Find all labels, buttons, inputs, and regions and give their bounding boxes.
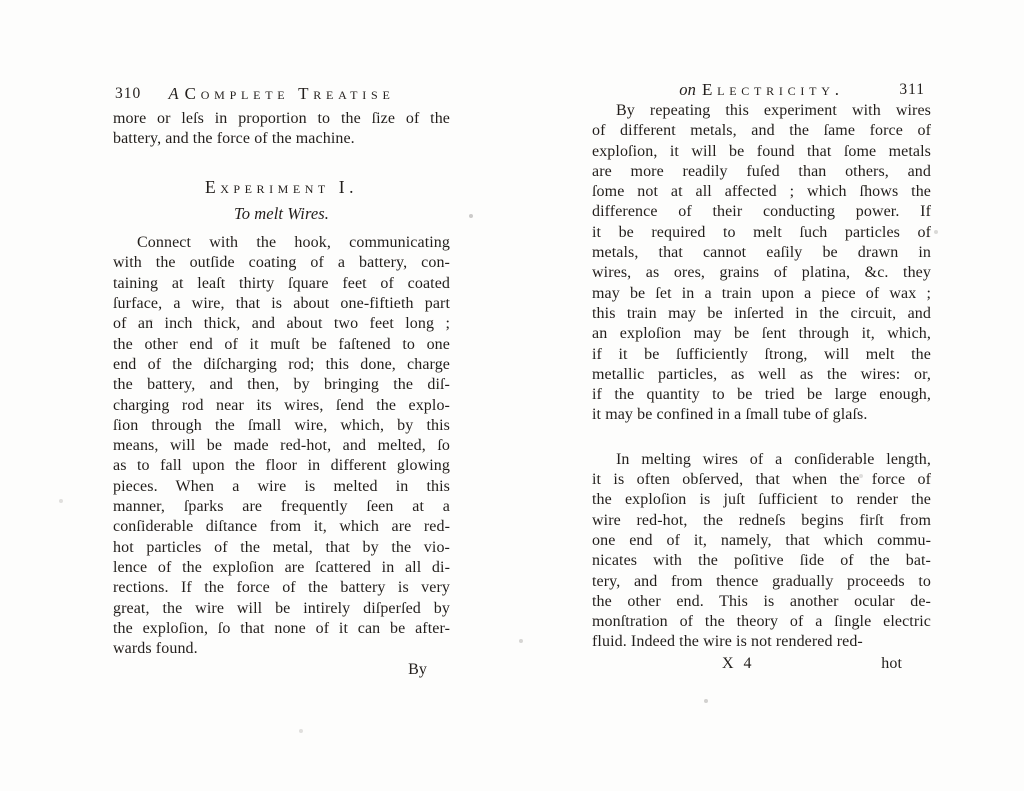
text-line: wards found. [113, 639, 450, 659]
text-line: the battery, and then, by bringing the d… [113, 375, 450, 395]
experiment-heading: Experiment I. [113, 177, 450, 197]
text-line: the exploſion, ſo that none of it can be… [113, 619, 450, 639]
right-paragraph-2: In melting wires of a conſiderable lengt… [592, 450, 931, 653]
text-line: one end of it, namely, that which commu- [592, 531, 931, 551]
right-page-number: 311 [899, 80, 925, 100]
left-main-paragraph: Connect with the hook, communicatingwith… [113, 233, 450, 659]
text-line: conſiderable diſtance from it, which are… [113, 517, 450, 537]
left-intro-paragraph: more or leſs in proportion to the ſize o… [113, 109, 450, 150]
text-line: if the quantity to be tried be large eno… [592, 385, 931, 405]
text-line: difference of their conducting power. If [592, 202, 931, 222]
right-header-title: onElectricity. [592, 80, 931, 101]
text-line: charging rod near its wires, ſend the ex… [113, 396, 450, 416]
text-line: the exploſion is juſt ſufficient to rend… [592, 490, 931, 510]
experiment-subtitle: To melt Wires. [113, 204, 450, 224]
text-line: fluid. Indeed the wire is not rendered r… [592, 632, 931, 652]
scan-speckles [0, 0, 2, 2]
text-line: manner, ſparks are frequently ſeen at a [113, 497, 450, 517]
signature-mark: X 4 [722, 654, 755, 674]
left-running-header: 310 AComplete Treatise [113, 84, 450, 104]
text-line: an exploſion may be ſent through it, whi… [592, 324, 931, 344]
text-line: rections. If the force of the battery is… [113, 578, 450, 598]
left-header-italic-word: A [168, 84, 178, 103]
text-line: Connect with the hook, communicating [113, 233, 450, 253]
text-line: metals, that cannot eaſily be drawn in [592, 243, 931, 263]
text-line: nicates with the poſitive ſide of the ba… [592, 551, 931, 571]
left-page: 310 AComplete Treatise more or leſs in p… [113, 84, 450, 681]
text-line: of different metals, and the ſame force … [592, 121, 931, 141]
left-catchword: By [113, 660, 450, 680]
text-line: lence of the exploſion are ſcattered in … [113, 558, 450, 578]
text-line: wire red-hot, the redneſs begins firſt f… [592, 511, 931, 531]
left-header-title: AComplete Treatise [113, 84, 450, 105]
right-header-italic-word: on [679, 80, 696, 99]
right-footer-line: X 4 hot [592, 654, 931, 674]
text-line: with the outſide coating of a battery, c… [113, 253, 450, 273]
text-line: metallic particles, as well as the wires… [592, 365, 931, 385]
text-line: tery, and from thence gradually proceeds… [592, 572, 931, 592]
text-line: the other end of it muſt be faſtened to … [113, 335, 450, 355]
text-line: of an inch thick, and about two feet lon… [113, 314, 450, 334]
text-line: it may be confined in a ſmall tube of gl… [592, 405, 931, 425]
text-line: In melting wires of a conſiderable lengt… [592, 450, 931, 470]
book-scan: 310 AComplete Treatise more or leſs in p… [0, 0, 1024, 791]
text-line: are more readily fuſed than others, and [592, 162, 931, 182]
text-line: it is often obſerved, that when the forc… [592, 470, 931, 490]
text-line: pieces. When a wire is melted in this [113, 477, 450, 497]
text-line: taining at leaſt thirty ſquare feet of c… [113, 274, 450, 294]
right-paragraph-1: By repeating this experiment with wireso… [592, 101, 931, 426]
text-line: as to fall upon the floor in different g… [113, 456, 450, 476]
text-line: end of the diſcharging rod; this done, c… [113, 355, 450, 375]
text-line: may be ſet in a train upon a piece of wa… [592, 284, 931, 304]
text-line: battery, and the force of the machine. [113, 129, 450, 149]
text-line: hot particles of the metal, that by the … [113, 538, 450, 558]
text-line: means, will be made red-hot, and melted,… [113, 436, 450, 456]
text-line: this train may be inſerted in the circui… [592, 304, 931, 324]
right-running-header: onElectricity. 311 [592, 80, 931, 100]
right-catchword: hot [881, 654, 902, 674]
text-line: ſurface, a wire, that is about one-fifti… [113, 294, 450, 314]
text-line: ſion through the ſmall wire, which, by t… [113, 416, 450, 436]
text-line: wires, as ores, grains of platina, &c. t… [592, 263, 931, 283]
text-line: if it be ſufficiently ſtrong, will melt … [592, 345, 931, 365]
left-page-number: 310 [115, 84, 141, 104]
text-line: great, the wire will be intirely diſperſ… [113, 599, 450, 619]
text-line: By repeating this experiment with wires [592, 101, 931, 121]
text-line: it be required to melt ſuch particles of [592, 223, 931, 243]
right-header-caps: Electricity. [702, 80, 844, 99]
text-line: monſtration of the theory of a ſingle el… [592, 612, 931, 632]
text-line: exploſion, it will be found that ſome me… [592, 142, 931, 162]
left-header-caps: Complete Treatise [185, 84, 395, 103]
text-line: ſome not at all affected ; which ſhows t… [592, 182, 931, 202]
right-page: onElectricity. 311 By repeating this exp… [592, 80, 931, 674]
text-line: more or leſs in proportion to the ſize o… [113, 109, 450, 129]
text-line: the other end. This is another ocular de… [592, 592, 931, 612]
